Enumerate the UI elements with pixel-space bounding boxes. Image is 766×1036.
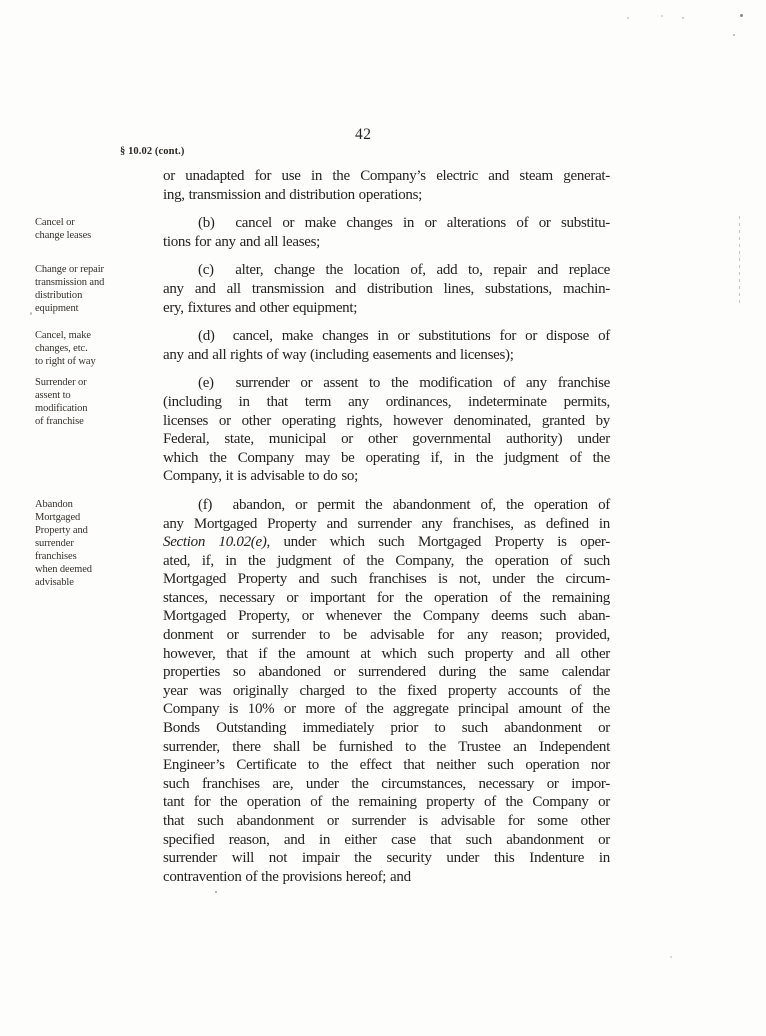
text-line: donment or surrender to be advisable for… bbox=[163, 626, 610, 645]
text-line: Bonds Outstanding immediately prior to s… bbox=[163, 719, 610, 738]
document-page: 42 § 10.02 (cont.) or unadapted for use … bbox=[0, 0, 766, 1036]
italic-section-reference: Section 10.02(e) bbox=[163, 534, 267, 550]
text-line: Federal, state, municipal or other gover… bbox=[163, 430, 610, 449]
scan-artifact-speck bbox=[627, 17, 629, 19]
text-line: any Mortgaged Property and surrender any… bbox=[163, 515, 610, 534]
text-line: stances, necessary or important for the … bbox=[163, 589, 610, 608]
text-line: Engineer’s Certificate to the effect tha… bbox=[163, 756, 610, 775]
text-line: ery, fixtures and other equipment; bbox=[163, 299, 610, 318]
sidenote-b: Cancel orchange leases bbox=[35, 216, 159, 242]
paragraph-f: AbandonMortgagedProperty andsurrenderfra… bbox=[163, 496, 610, 886]
text-line: that such abandonment or surrender is ad… bbox=[163, 812, 610, 831]
scan-artifact-speck bbox=[30, 312, 32, 315]
text-line: Company, it is advisable to do so; bbox=[163, 467, 610, 486]
text-line: (b) cancel or make changes in or alterat… bbox=[163, 214, 610, 233]
text-line: (c) alter, change the location of, add t… bbox=[163, 261, 610, 280]
text-line: surrender will not impair the security u… bbox=[163, 849, 610, 868]
sidenote-d: Cancel, makechanges, etc.to right of way bbox=[35, 329, 159, 368]
scan-artifact-speck bbox=[740, 14, 743, 17]
text-line: tant for the operation of the remaining … bbox=[163, 793, 610, 812]
text-line: any and all transmission and distributio… bbox=[163, 280, 610, 299]
text-line: licenses or other operating rights, howe… bbox=[163, 412, 610, 431]
scan-artifact-dashed-line bbox=[739, 216, 740, 304]
text-line: ing, transmission and distribution opera… bbox=[163, 186, 610, 205]
text-line: Company is 10% or more of the aggregate … bbox=[163, 700, 610, 719]
paragraph-c: Change or repairtransmission anddistribu… bbox=[163, 261, 610, 317]
text-line: year was originally charged to the fixed… bbox=[163, 682, 610, 701]
text-line: (including in that term any ordinances, … bbox=[163, 393, 610, 412]
text-line: (e) surrender or assent to the modificat… bbox=[163, 374, 610, 393]
paragraph-d: Cancel, makechanges, etc.to right of way… bbox=[163, 327, 610, 364]
scan-artifact-speck bbox=[733, 34, 735, 36]
sidenote-f: AbandonMortgagedProperty andsurrenderfra… bbox=[35, 498, 159, 589]
section-reference: § 10.02 (cont.) bbox=[120, 146, 185, 157]
text-line: any and all rights of way (including eas… bbox=[163, 346, 610, 365]
text-line: (f) abandon, or permit the abandonment o… bbox=[163, 496, 610, 515]
paragraph-e: Surrender orassent tomodificationof fran… bbox=[163, 374, 610, 486]
paragraph-b: Cancel orchange leases(b) cancel or make… bbox=[163, 214, 610, 251]
page-number: 42 bbox=[355, 126, 372, 144]
text-line: surrender, there shall be furnished to t… bbox=[163, 738, 610, 757]
scan-artifact-speck bbox=[670, 956, 672, 958]
text-line: however, that if the amount at which suc… bbox=[163, 645, 610, 664]
text-line: Section 10.02(e), under which such Mortg… bbox=[163, 533, 610, 552]
text-line: tions for any and all leases; bbox=[163, 233, 610, 252]
scan-artifact-speck bbox=[215, 891, 217, 893]
paragraph-a-cont: or unadapted for use in the Company’s el… bbox=[163, 167, 610, 204]
sidenote-e: Surrender orassent tomodificationof fran… bbox=[35, 376, 159, 428]
text-line: Mortgaged Property, or whenever the Comp… bbox=[163, 607, 610, 626]
text-line: ated, if, in the judgment of the Company… bbox=[163, 552, 610, 571]
scan-artifact-speck bbox=[661, 15, 663, 17]
text-line: Mortgaged Property and such franchises i… bbox=[163, 570, 610, 589]
text-line: properties so abandoned or surrendered d… bbox=[163, 663, 610, 682]
sidenote-c: Change or repairtransmission anddistribu… bbox=[35, 263, 159, 315]
paragraph-list: or unadapted for use in the Company’s el… bbox=[163, 167, 610, 896]
text-line: contravention of the provisions hereof; … bbox=[163, 868, 610, 887]
text-line: or unadapted for use in the Company’s el… bbox=[163, 167, 610, 186]
text-line: (d) cancel, make changes in or substitut… bbox=[163, 327, 610, 346]
text-line: such franchises are, under the circumsta… bbox=[163, 775, 610, 794]
text-line: which the Company may be operating if, i… bbox=[163, 449, 610, 468]
text-line: specified reason, and in either case tha… bbox=[163, 831, 610, 850]
scan-artifact-speck bbox=[682, 17, 684, 19]
